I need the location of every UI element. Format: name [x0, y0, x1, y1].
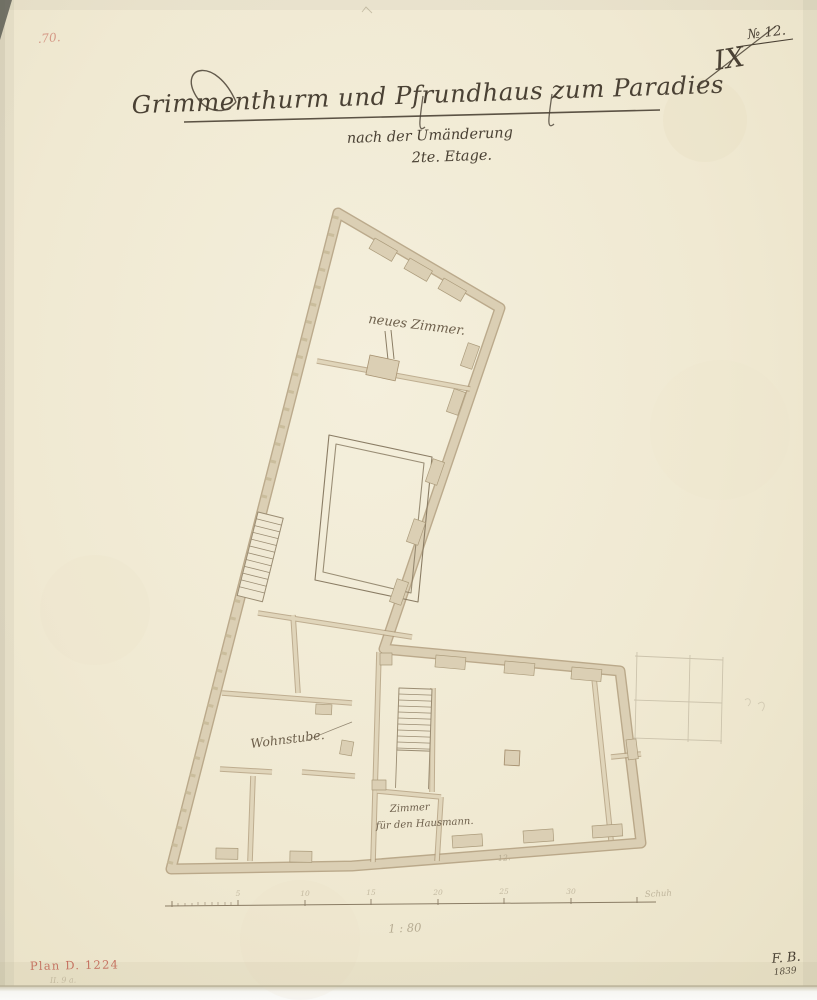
scale-tick-label: 15 [366, 888, 376, 897]
scale-unit-label: Schuh [645, 889, 673, 900]
title-line3: 2te. Etage. [410, 148, 492, 167]
staircase-block [396, 688, 432, 789]
scale-tick-label: 10 [300, 889, 310, 898]
building-plan: neues Zimmer. Wohnstube. Zimmer für den … [169, 213, 641, 869]
pencil-number-note: 12. [498, 853, 511, 863]
title-line1: Grimmenthurm und Pfrundhaus zum Paradies [131, 70, 724, 120]
scale-tick-label: 20 [432, 888, 443, 897]
pillar [504, 750, 520, 766]
room-label-caretaker-1: Zimmer [389, 802, 432, 815]
chimney-flue [366, 330, 400, 381]
scale-tick-label: 25 [498, 887, 509, 896]
title-block: Grimmenthurm und Pfrundhaus zum Paradies… [131, 70, 724, 167]
scanned-plan-sheet: Grimmenthurm und Pfrundhaus zum Paradies… [0, 0, 817, 1000]
scale-bar: 5 10 15 20 25 30 Schuh 1 : 80 [165, 887, 672, 936]
scale-tick-label: 30 [566, 887, 576, 896]
room-label-tower: neues Zimmer. [368, 312, 467, 339]
staircase-wing [237, 512, 283, 602]
roman-numeral-strike [697, 26, 776, 87]
plan-drawing: Grimmenthurm und Pfrundhaus zum Paradies… [0, 0, 817, 1000]
scale-tick-label: 5 [236, 889, 241, 898]
sheet-number: № 12. [746, 22, 787, 43]
scale-line [165, 902, 656, 906]
room-label-living: Wohnstube. [250, 727, 326, 751]
archive-number-top-left: .70. [37, 30, 61, 46]
scale-ratio-label: 1 : 80 [388, 920, 422, 935]
room-label-caretaker-2: für den Hausmann. [375, 816, 474, 832]
title-line2: nach der Umänderung [347, 125, 514, 147]
pencil-annex-sketch [634, 652, 764, 744]
